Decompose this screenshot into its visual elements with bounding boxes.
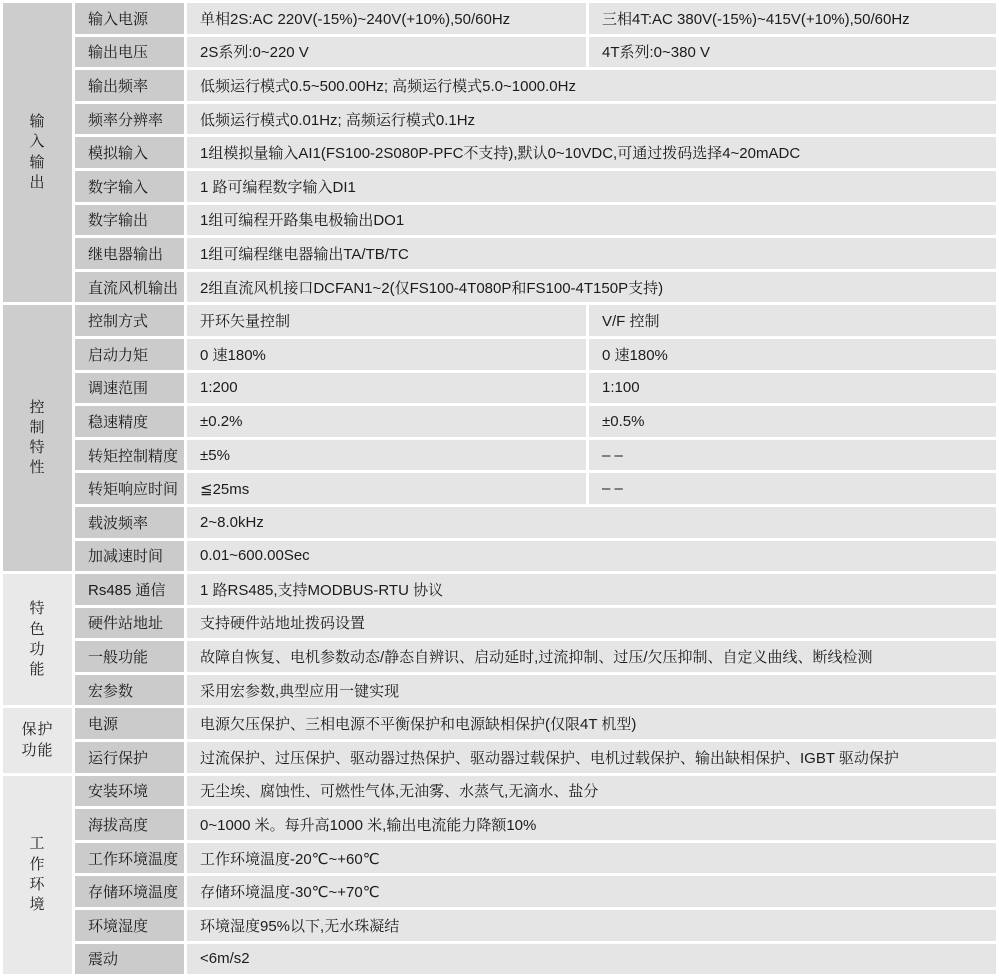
value-cell: 低频运行模式0.01Hz; 高频运行模式0.1Hz <box>187 104 996 135</box>
value-cell: 4T系列:0~380 V <box>589 37 996 68</box>
table-row: 输出频率低频运行模式0.5~500.00Hz; 高频运行模式5.0~1000.0… <box>3 70 996 101</box>
value-cell: 2S系列:0~220 V <box>187 37 586 68</box>
row-label: 输出频率 <box>75 70 184 101</box>
row-label: 环境湿度 <box>75 910 184 941</box>
value-cell: 过流保护、过压保护、驱动器过热保护、驱动器过载保护、电机过载保护、输出缺相保护、… <box>187 742 996 773</box>
table-row: 加减速时间0.01~600.00Sec <box>3 541 996 572</box>
row-label: 频率分辨率 <box>75 104 184 135</box>
row-label: 直流风机输出 <box>75 272 184 303</box>
value-cell: 单相2S:AC 220V(-15%)~240V(+10%),50/60Hz <box>187 3 586 34</box>
table-row: 数字输出1组可编程开路集电极输出DO1 <box>3 205 996 236</box>
table-row: 运行保护过流保护、过压保护、驱动器过热保护、驱动器过载保护、电机过载保护、输出缺… <box>3 742 996 773</box>
row-label: 宏参数 <box>75 675 184 706</box>
value-cell: V/F 控制 <box>589 305 996 336</box>
table-row: 特 色 功 能Rs485 通信1 路RS485,支持MODBUS-RTU 协议 <box>3 574 996 605</box>
table-row: 输 入 输 出输入电源单相2S:AC 220V(-15%)~240V(+10%)… <box>3 3 996 34</box>
table-row: 稳速精度±0.2%±0.5% <box>3 406 996 437</box>
value-cell: 2~8.0kHz <box>187 507 996 538</box>
value-cell: 存储环境温度-30℃~+70℃ <box>187 876 996 907</box>
table-row: 继电器输出1组可编程继电器输出TA/TB/TC <box>3 238 996 269</box>
value-cell: ±0.5% <box>589 406 996 437</box>
table-row: 控 制 特 性控制方式开环矢量控制V/F 控制 <box>3 305 996 336</box>
value-cell: ≦25ms <box>187 473 586 504</box>
value-cell: 2组直流风机接口DCFAN1~2(仅FS100-4T080P和FS100-4T1… <box>187 272 996 303</box>
table-row: 震动<6m/s2 <box>3 944 996 975</box>
category-label: 控 制 特 性 <box>3 305 72 571</box>
spec-table: 输 入 输 出输入电源单相2S:AC 220V(-15%)~240V(+10%)… <box>0 0 999 977</box>
category-label: 输 入 输 出 <box>3 3 72 302</box>
value-cell: 1 路可编程数字输入DI1 <box>187 171 996 202</box>
row-label: 安装环境 <box>75 776 184 807</box>
value-cell: 低频运行模式0.5~500.00Hz; 高频运行模式5.0~1000.0Hz <box>187 70 996 101</box>
value-cell: 电源欠压保护、三相电源不平衡保护和电源缺相保护(仅限4T 机型) <box>187 708 996 739</box>
table-row: 频率分辨率低频运行模式0.01Hz; 高频运行模式0.1Hz <box>3 104 996 135</box>
value-cell: 0 速180% <box>187 339 586 370</box>
value-cell: 1组可编程开路集电极输出DO1 <box>187 205 996 236</box>
row-label: 输出电压 <box>75 37 184 68</box>
category-label: 工 作 环 境 <box>3 776 72 975</box>
value-cell: 工作环境温度-20℃~+60℃ <box>187 843 996 874</box>
value-cell: 0~1000 米。每升高1000 米,输出电流能力降额10% <box>187 809 996 840</box>
category-label: 特 色 功 能 <box>3 574 72 705</box>
value-cell: – – <box>589 473 996 504</box>
value-cell: 支持硬件站地址拨码设置 <box>187 608 996 639</box>
table-row: 模拟输入1组模拟量输入AI1(FS100-2S080P-PFC不支持),默认0~… <box>3 137 996 168</box>
row-label: 稳速精度 <box>75 406 184 437</box>
row-label: 电源 <box>75 708 184 739</box>
table-row: 保护 功能电源电源欠压保护、三相电源不平衡保护和电源缺相保护(仅限4T 机型) <box>3 708 996 739</box>
row-label: 启动力矩 <box>75 339 184 370</box>
value-cell: 1:200 <box>187 373 586 404</box>
row-label: 一般功能 <box>75 641 184 672</box>
table-row: 海拔高度0~1000 米。每升高1000 米,输出电流能力降额10% <box>3 809 996 840</box>
table-row: 硬件站地址支持硬件站地址拨码设置 <box>3 608 996 639</box>
table-row: 工作环境温度工作环境温度-20℃~+60℃ <box>3 843 996 874</box>
row-label: 运行保护 <box>75 742 184 773</box>
value-cell: <6m/s2 <box>187 944 996 975</box>
table-row: 转矩控制精度±5%– – <box>3 440 996 471</box>
row-label: 硬件站地址 <box>75 608 184 639</box>
row-label: 数字输出 <box>75 205 184 236</box>
row-label: 控制方式 <box>75 305 184 336</box>
table-row: 工 作 环 境安装环境无尘埃、腐蚀性、可燃性气体,无油雾、水蒸气,无滴水、盐分 <box>3 776 996 807</box>
row-label: 转矩响应时间 <box>75 473 184 504</box>
table-row: 存储环境温度存储环境温度-30℃~+70℃ <box>3 876 996 907</box>
table-row: 启动力矩0 速180%0 速180% <box>3 339 996 370</box>
value-cell: 三相4T:AC 380V(-15%)~415V(+10%),50/60Hz <box>589 3 996 34</box>
value-cell: 无尘埃、腐蚀性、可燃性气体,无油雾、水蒸气,无滴水、盐分 <box>187 776 996 807</box>
row-label: 工作环境温度 <box>75 843 184 874</box>
value-cell: 1:100 <box>589 373 996 404</box>
value-cell: 环境湿度95%以下,无水珠凝结 <box>187 910 996 941</box>
row-label: Rs485 通信 <box>75 574 184 605</box>
table-row: 输出电压2S系列:0~220 V4T系列:0~380 V <box>3 37 996 68</box>
table-row: 载波频率2~8.0kHz <box>3 507 996 538</box>
row-label: 加减速时间 <box>75 541 184 572</box>
value-cell: 1 路RS485,支持MODBUS-RTU 协议 <box>187 574 996 605</box>
value-cell: 0.01~600.00Sec <box>187 541 996 572</box>
row-label: 海拔高度 <box>75 809 184 840</box>
value-cell: 故障自恢复、电机参数动态/静态自辨识、启动延时,过流抑制、过压/欠压抑制、自定义… <box>187 641 996 672</box>
table-row: 一般功能故障自恢复、电机参数动态/静态自辨识、启动延时,过流抑制、过压/欠压抑制… <box>3 641 996 672</box>
value-cell: 采用宏参数,典型应用一键实现 <box>187 675 996 706</box>
row-label: 震动 <box>75 944 184 975</box>
table-row: 数字输入1 路可编程数字输入DI1 <box>3 171 996 202</box>
category-label: 保护 功能 <box>3 708 72 772</box>
row-label: 输入电源 <box>75 3 184 34</box>
value-cell: 0 速180% <box>589 339 996 370</box>
table-row: 直流风机输出2组直流风机接口DCFAN1~2(仅FS100-4T080P和FS1… <box>3 272 996 303</box>
table-row: 宏参数采用宏参数,典型应用一键实现 <box>3 675 996 706</box>
table-row: 环境湿度环境湿度95%以下,无水珠凝结 <box>3 910 996 941</box>
value-cell: ±5% <box>187 440 586 471</box>
row-label: 存储环境温度 <box>75 876 184 907</box>
value-cell: – – <box>589 440 996 471</box>
row-label: 载波频率 <box>75 507 184 538</box>
row-label: 调速范围 <box>75 373 184 404</box>
value-cell: 1组可编程继电器输出TA/TB/TC <box>187 238 996 269</box>
row-label: 继电器输出 <box>75 238 184 269</box>
table-row: 调速范围1:2001:100 <box>3 373 996 404</box>
value-cell: 1组模拟量输入AI1(FS100-2S080P-PFC不支持),默认0~10VD… <box>187 137 996 168</box>
row-label: 转矩控制精度 <box>75 440 184 471</box>
table-row: 转矩响应时间≦25ms– – <box>3 473 996 504</box>
value-cell: ±0.2% <box>187 406 586 437</box>
value-cell: 开环矢量控制 <box>187 305 586 336</box>
row-label: 模拟输入 <box>75 137 184 168</box>
row-label: 数字输入 <box>75 171 184 202</box>
